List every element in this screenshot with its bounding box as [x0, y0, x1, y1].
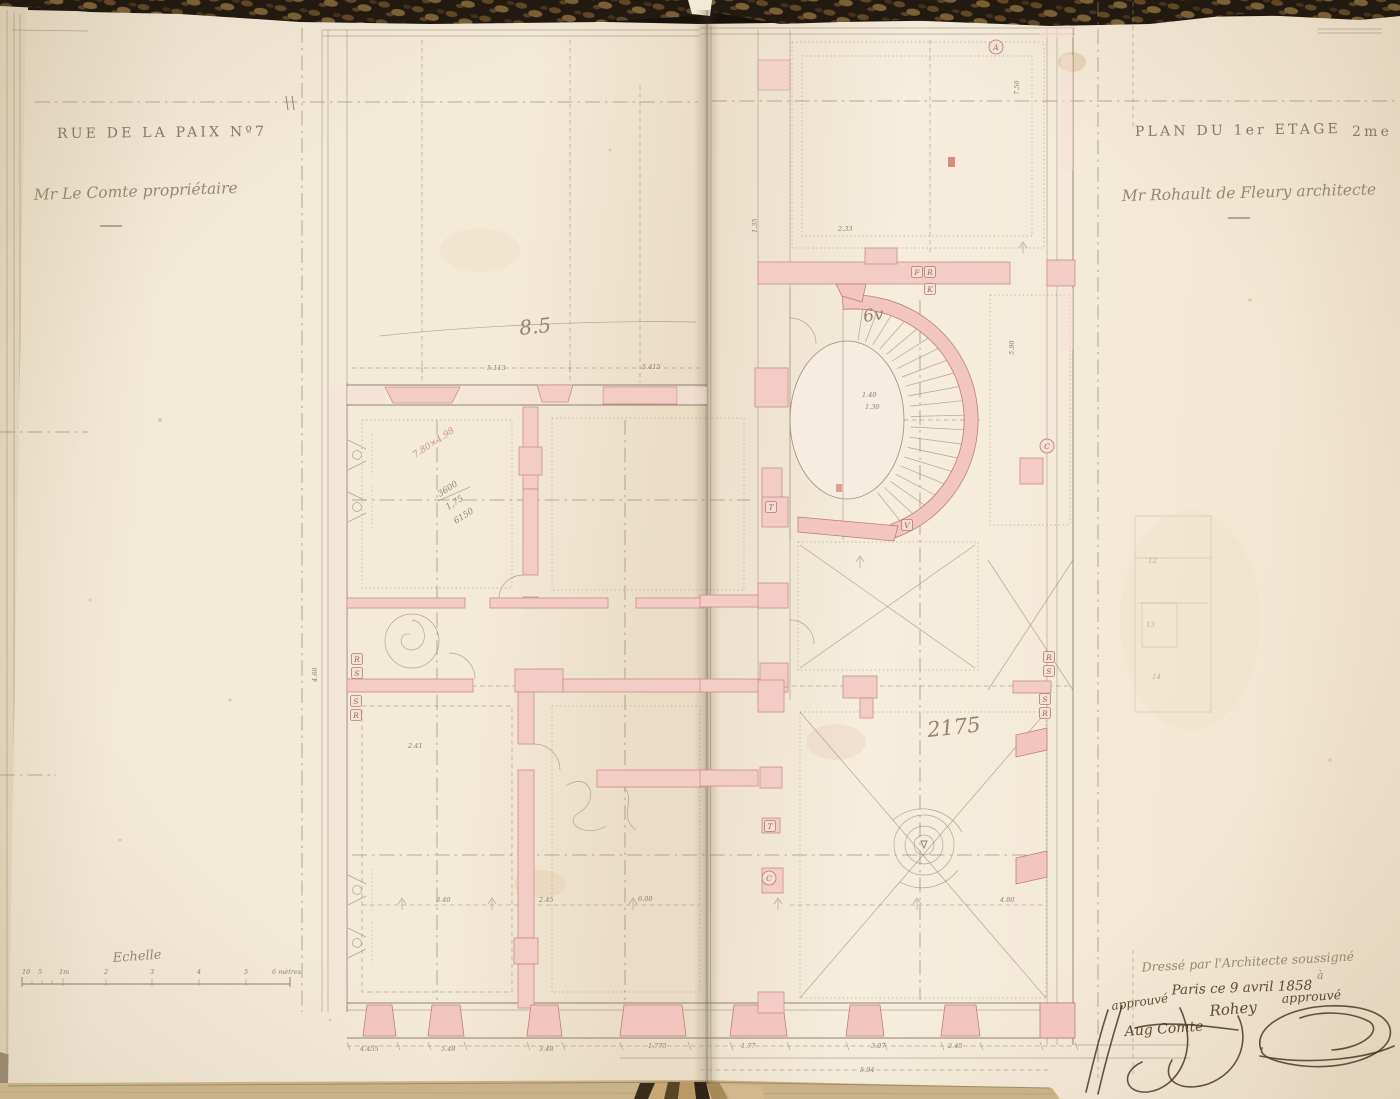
dim-label: 6.00 [638, 895, 652, 903]
scale-tick: 10 [22, 968, 30, 976]
note-6v: 6v [862, 304, 885, 327]
letter-box-T2: T [765, 821, 776, 832]
letter-box-V: V [902, 520, 913, 531]
dim-label: 2.45 [947, 1042, 962, 1050]
letter-box-T: T [766, 502, 777, 513]
letter-label: C [766, 874, 772, 883]
dim-label: 1.775 [648, 1042, 667, 1050]
letter-box-S-left2: S [351, 696, 362, 707]
dim-label: 1.35 [751, 219, 759, 233]
dim-label: 3.48 [539, 1045, 553, 1053]
letter-box-F: F [912, 267, 923, 278]
scale-tick: 5 [244, 968, 248, 976]
letter-box-R-left1: R [352, 654, 363, 665]
letter-label: R [1045, 653, 1052, 662]
sketch-num-12: 12 [1148, 557, 1157, 565]
scale-tick: 2 [103, 968, 108, 976]
sheet-number: 2me F [1352, 124, 1400, 140]
letter-label: C [1044, 442, 1050, 451]
binding-gutter [694, 10, 720, 1084]
letter-label: R [352, 711, 359, 720]
dim-label: 1.77 [741, 1042, 756, 1050]
dim-label: 5.415 [642, 363, 661, 371]
letter-circle-C2: C [762, 871, 776, 885]
note-8-5: 8.5 [518, 313, 552, 340]
dim-label: 5.90 [1008, 341, 1016, 355]
letter-circle-C: C [1040, 439, 1054, 453]
letter-label: R [926, 268, 933, 277]
sketch-num-13: 13 [1146, 621, 1155, 629]
photographed-album-spread: A C C V T T F R K R S S R R S S R 5.113 … [0, 0, 1400, 1099]
dim-label: 5.04 [860, 1066, 874, 1074]
dim-label: 7.50 [1013, 81, 1021, 95]
letter-box-S-right1: S [1044, 666, 1055, 677]
letter-box-R-right1: R [1044, 652, 1055, 663]
letter-box-R-left2: R [351, 710, 362, 721]
scanned-floor-plan-photo: A C C V T T F R K R S S R R S S R 5.113 … [0, 0, 1400, 1099]
dim-label: 2.33 [837, 225, 852, 233]
letter-label: S [353, 697, 358, 706]
letter-label: S [354, 669, 359, 678]
dim-label: 2.45 [538, 896, 553, 904]
sketch-num-14: 14 [1152, 673, 1161, 681]
letter-box-R: R [925, 267, 936, 278]
letter-box-K: K [925, 284, 936, 295]
plan-title: PLAN DU 1er ETAGE [1135, 121, 1341, 140]
scale-tick: 5 [38, 968, 42, 976]
dim-label: 3.07 [871, 1042, 886, 1050]
letter-label: S [1046, 667, 1051, 676]
dim-label: 1.30 [865, 403, 879, 411]
dim-label: 5.113 [487, 364, 506, 372]
letter-box-S-right2: S [1040, 694, 1051, 705]
letter-label: R [1041, 709, 1048, 718]
a-word: à [1317, 969, 1324, 982]
letter-label: A [992, 43, 999, 52]
dim-label: 2.41 [407, 742, 422, 750]
dim-label: 5.48 [441, 1045, 455, 1053]
letter-label: R [353, 655, 360, 664]
letter-box-S-left1: S [352, 668, 363, 679]
dim-label: 4.80 [999, 896, 1014, 904]
letter-box-R-right2: R [1040, 708, 1051, 719]
dim-label: 3.40 [436, 896, 450, 904]
letter-label: S [1042, 695, 1047, 704]
letter-circle-A: A [989, 40, 1003, 54]
scale-tick: 3 [150, 968, 154, 976]
letter-label: K [926, 285, 933, 294]
dim-label: 4.455 [359, 1045, 379, 1053]
dim-label: 4.60 [311, 668, 319, 683]
street-title: RUE DE LA PAIX Nº7 [57, 124, 267, 142]
letter-label: F [913, 268, 920, 277]
dim-label: 1.40 [862, 391, 876, 399]
scale-tick: 4 [196, 968, 201, 976]
scale-tick: 6 mètres [272, 968, 302, 976]
scale-tick: 1m [59, 968, 69, 976]
